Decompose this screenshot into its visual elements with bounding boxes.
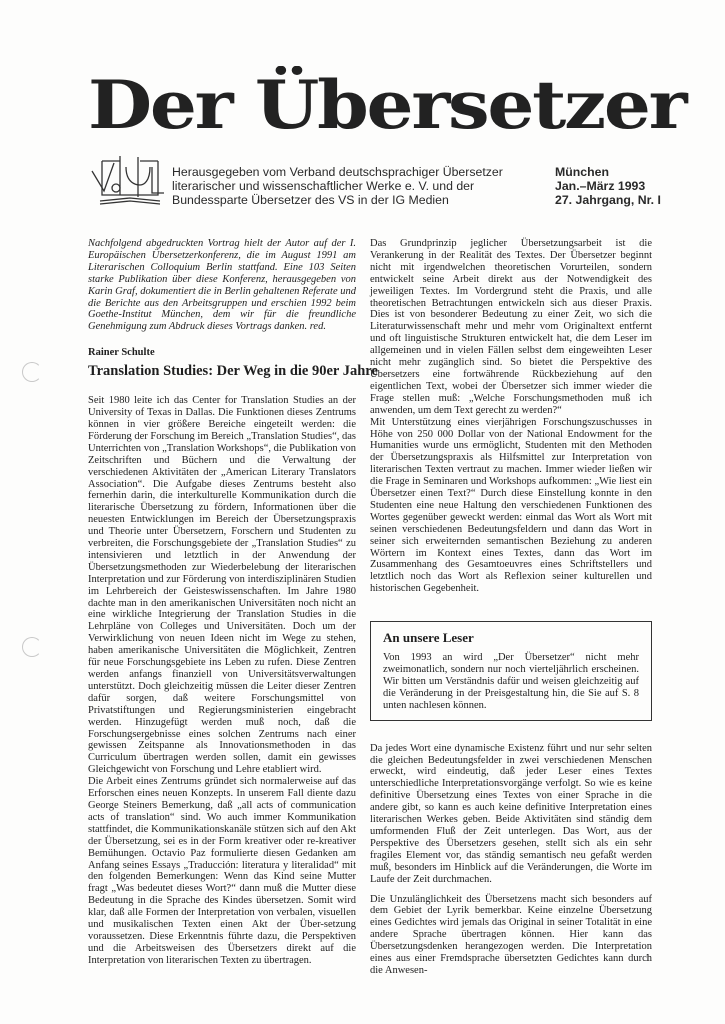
binder-hole-top — [22, 362, 42, 382]
body-paragraph: Das Grundprinzip jeglicher Übersetzungsa… — [370, 238, 652, 417]
newsletter-page: Der Übersetzer Herausgegeben vom Verband… — [0, 0, 725, 1024]
vdu-logo-icon — [90, 153, 170, 208]
right-column: Das Grundprinzip jeglicher Übersetzungsa… — [370, 238, 652, 977]
notice-body: Von 1993 an wird „Der Übersetzer“ nicht … — [383, 652, 639, 712]
issue-city: München — [555, 165, 661, 179]
issue-date: Jan.–März 1993 — [555, 179, 661, 193]
publisher-info: Herausgegeben vom Verband deutschsprachi… — [172, 165, 532, 207]
body-paragraph: Mit Unterstützung eines vierjährigen For… — [370, 417, 652, 596]
page-number: 1 — [645, 952, 651, 964]
publisher-line: Herausgegeben vom Verband deutschsprachi… — [172, 165, 532, 179]
body-paragraph: Da jedes Wort eine dynamische Existenz f… — [370, 743, 652, 886]
left-column: Nachfolgend abgedruckten Vortrag hielt d… — [88, 238, 356, 967]
binder-hole-bottom — [22, 637, 42, 657]
masthead-title: Der Übersetzer — [88, 72, 685, 138]
publisher-line: Bundessparte Übersetzer des VS in der IG… — [172, 193, 532, 207]
editorial-intro: Nachfolgend abgedruckten Vortrag hielt d… — [88, 238, 356, 333]
issue-volume: 27. Jahrgang, Nr. I — [555, 193, 661, 207]
notice-title: An unsere Leser — [383, 632, 639, 644]
publisher-line: literarischer und wissenschaftlicher Wer… — [172, 179, 532, 193]
reader-notice-box: An unsere Leser Von 1993 an wird „Der Üb… — [370, 621, 652, 720]
body-paragraph: Die Unzulänglichkeit des Übersetzens mac… — [370, 894, 652, 977]
article-author: Rainer Schulte — [88, 347, 356, 359]
body-paragraph: Die Arbeit eines Zentrums gründet sich n… — [88, 776, 356, 967]
article-headline: Translation Studies: Der Weg in die 90er… — [88, 363, 356, 380]
issue-info: München Jan.–März 1993 27. Jahrgang, Nr.… — [555, 165, 661, 207]
body-paragraph: Seit 1980 leite ich das Center for Trans… — [88, 395, 356, 776]
